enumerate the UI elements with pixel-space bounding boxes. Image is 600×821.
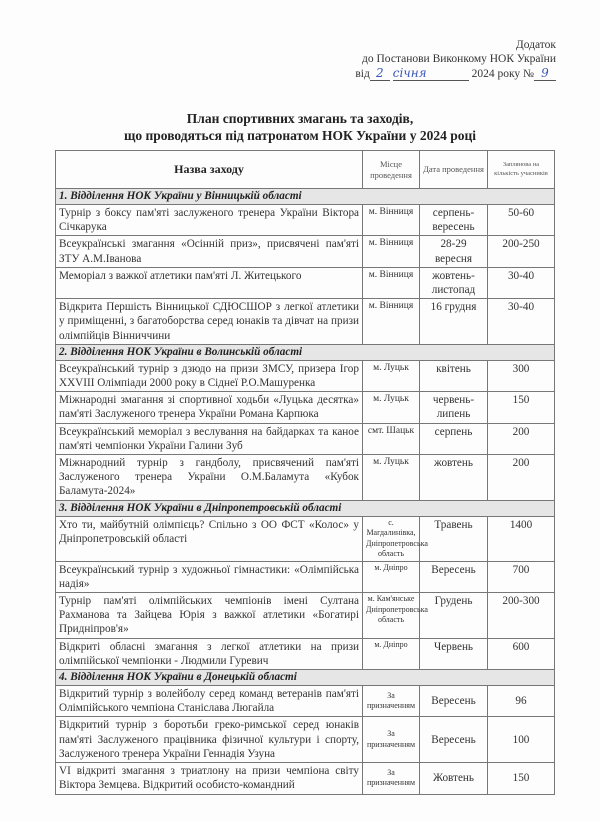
event-participants: 200 — [488, 455, 555, 501]
event-name: Всеукраїнські змагання «Осінній приз», п… — [56, 236, 363, 267]
header-place: Місце проведення — [363, 151, 420, 189]
table-row: Міжнародні змагання зі спортивної ходьби… — [56, 392, 555, 423]
table-row: Відкритий турнір з волейболу серед коман… — [56, 686, 555, 717]
event-place: м. Луцьк — [363, 392, 420, 423]
event-place: За призначенням — [363, 717, 420, 763]
annex-block: Додаток до Постанови Виконкому НОК Украї… — [355, 38, 556, 81]
annex-date-prefix: від — [355, 68, 369, 80]
event-participants: 30-40 — [488, 267, 555, 298]
event-name: Відкрита Першість Вінницької СДЮСШОР з л… — [56, 299, 363, 345]
event-participants: 30-40 — [488, 299, 555, 345]
annex-resolution: до Постанови Виконкому НОК України — [355, 52, 556, 66]
event-date: квітень — [420, 360, 488, 391]
event-date: Вересень — [420, 717, 488, 763]
event-place: смт. Шацьк — [363, 423, 420, 454]
event-date: 28-29 вересня — [420, 236, 488, 267]
event-place: м. Дніпро — [363, 638, 420, 669]
event-date: серпень-вересень — [420, 205, 488, 236]
event-name: Відкритий турнір з боротьби греко-римськ… — [56, 717, 363, 763]
table-row: Міжнародний турнір з гандболу, присвячен… — [56, 455, 555, 501]
table-row: Відкрита Першість Вінницької СДЮСШОР з л… — [56, 299, 555, 345]
section-row: 2. Відділення НОК України в Волинській о… — [56, 344, 555, 360]
event-place: м. Луцьк — [363, 360, 420, 391]
event-date: Вересень — [420, 561, 488, 592]
section-title: 4. Відділення НОК України в Донецькій об… — [56, 670, 555, 686]
table-row: Всеукраїнський турнір з дзюдо на призи З… — [56, 360, 555, 391]
event-place: с. Магдалинівка, Дніпропетровська област… — [363, 516, 420, 561]
event-place: За призначенням — [363, 686, 420, 717]
event-date: Червень — [420, 638, 488, 669]
annex-number: 9 — [534, 66, 556, 81]
event-participants: 50-60 — [488, 205, 555, 236]
event-place: м. Вінниця — [363, 236, 420, 267]
table-row: Всеукраїнський турнір з художньої гімнас… — [56, 561, 555, 592]
annex-date-line: від2 січня 2024 року №9 — [355, 66, 556, 81]
event-name: Всеукраїнський меморіал з веслування на … — [56, 423, 363, 454]
event-name: Меморіал з важкої атлетики пам'яті Л. Жи… — [56, 267, 363, 298]
section-row: 1. Відділення НОК України у Вінницькій о… — [56, 189, 555, 205]
event-date: серпень — [420, 423, 488, 454]
event-name: Відкритий турнір з волейболу серед коман… — [56, 686, 363, 717]
table-row: Відкриті обласні змагання з легкої атлет… — [56, 638, 555, 669]
event-name: Всеукраїнський турнір з художньої гімнас… — [56, 561, 363, 592]
table-row: Меморіал з важкої атлетики пам'яті Л. Жи… — [56, 267, 555, 298]
event-participants: 150 — [488, 763, 555, 794]
table-row: Турнір пам'яті олімпійських чемпіонів ім… — [56, 593, 555, 639]
event-name: Всеукраїнський турнір з дзюдо на призи З… — [56, 360, 363, 391]
event-participants: 100 — [488, 717, 555, 763]
event-participants: 200-250 — [488, 236, 555, 267]
document-title: План спортивних змагань та заходів, що п… — [0, 110, 600, 144]
table-row: Відкритий турнір з боротьби греко-римськ… — [56, 717, 555, 763]
event-participants: 300 — [488, 360, 555, 391]
header-date: Дата проведення — [420, 151, 488, 189]
event-date: Травень — [420, 516, 488, 561]
event-name: Турнір з боксу пам'яті заслуженого трене… — [56, 205, 363, 236]
event-participants: 700 — [488, 561, 555, 592]
section-row: 3. Відділення НОК України в Дніпропетров… — [56, 500, 555, 516]
event-name: Хто ти, майбутній олімпієць? Спільно з О… — [56, 516, 363, 561]
table-row: Всеукраїнські змагання «Осінній приз», п… — [56, 236, 555, 267]
annex-date-day: 2 — [370, 66, 390, 81]
event-participants: 200-300 — [488, 593, 555, 639]
event-participants: 1400 — [488, 516, 555, 561]
event-place: м. Вінниця — [363, 205, 420, 236]
event-name: Турнір пам'яті олімпійських чемпіонів ім… — [56, 593, 363, 639]
table-row: Всеукраїнський меморіал з веслування на … — [56, 423, 555, 454]
table-header-row: Назва заходу Місце проведення Дата прове… — [56, 151, 555, 189]
table-row: Турнір з боксу пам'яті заслуженого трене… — [56, 205, 555, 236]
event-date: жовтень-листопад — [420, 267, 488, 298]
annex-date-month: січня — [393, 66, 469, 81]
event-participants: 96 — [488, 686, 555, 717]
event-place: м. Вінниця — [363, 267, 420, 298]
header-count: Заплянова на кількість учасників — [488, 151, 555, 189]
event-participants: 600 — [488, 638, 555, 669]
event-date: червень-липень — [420, 392, 488, 423]
event-place: За призначенням — [363, 763, 420, 794]
event-place: м. Луцьк — [363, 455, 420, 501]
event-name: Міжнародні змагання зі спортивної ходьби… — [56, 392, 363, 423]
event-place: м. Дніпро — [363, 561, 420, 592]
event-date: жовтень — [420, 455, 488, 501]
event-name: VI відкриті змагання з триатлону на приз… — [56, 763, 363, 794]
event-place: м. Вінниця — [363, 299, 420, 345]
section-title: 1. Відділення НОК України у Вінницькій о… — [56, 189, 555, 205]
table-row: VI відкриті змагання з триатлону на приз… — [56, 763, 555, 794]
event-participants: 150 — [488, 392, 555, 423]
events-table: Назва заходу Місце проведення Дата прове… — [55, 150, 555, 795]
header-name: Назва заходу — [56, 151, 363, 189]
event-date: Вересень — [420, 686, 488, 717]
title-line-2: що проводяться під патронатом НОК Україн… — [0, 127, 600, 144]
event-date: 16 грудня — [420, 299, 488, 345]
section-row: 4. Відділення НОК України в Донецькій об… — [56, 670, 555, 686]
table-body: 1. Відділення НОК України у Вінницькій о… — [56, 189, 555, 795]
event-place: м. Кам'янське Дніпропетровська область — [363, 593, 420, 639]
section-title: 2. Відділення НОК України в Волинській о… — [56, 344, 555, 360]
event-participants: 200 — [488, 423, 555, 454]
event-date: Жовтень — [420, 763, 488, 794]
event-date: Грудень — [420, 593, 488, 639]
table-row: Хто ти, майбутній олімпієць? Спільно з О… — [56, 516, 555, 561]
section-title: 3. Відділення НОК України в Дніпропетров… — [56, 500, 555, 516]
annex-date-year: 2024 року № — [472, 68, 534, 80]
annex-label: Додаток — [355, 38, 556, 52]
event-name: Міжнародний турнір з гандболу, присвячен… — [56, 455, 363, 501]
title-line-1: План спортивних змагань та заходів, — [0, 110, 600, 127]
event-name: Відкриті обласні змагання з легкої атлет… — [56, 638, 363, 669]
